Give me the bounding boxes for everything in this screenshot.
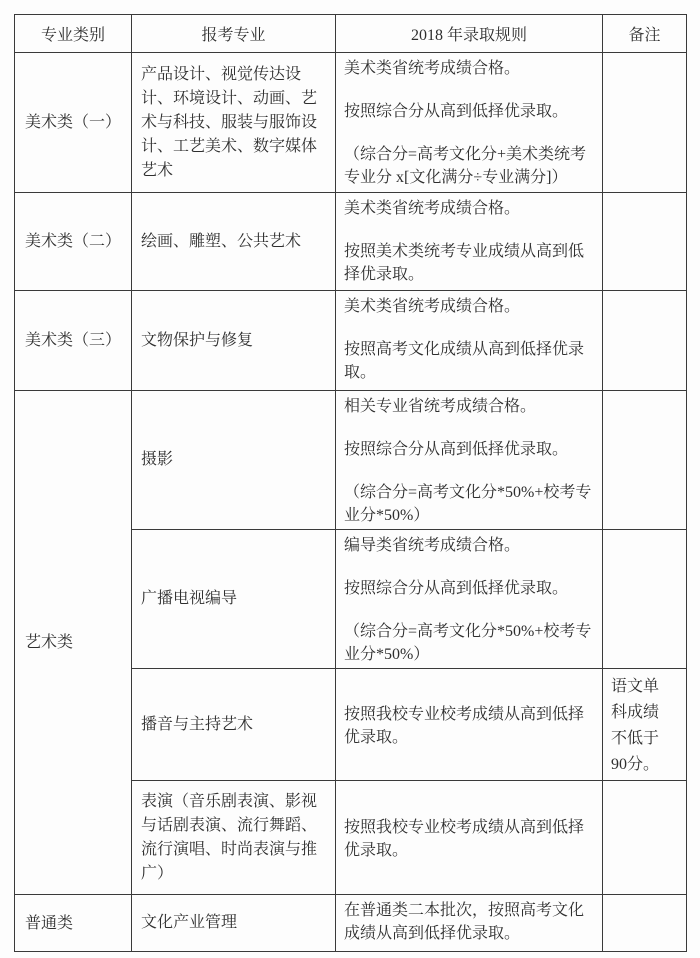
major-cell: 摄影 [132,391,336,530]
rule-paragraph: （综合分=高考文化分*50%+校考专业分*50%） [344,481,597,527]
rules-cell: 编导类省统考成绩合格。 按照综合分从高到低择优录取。 （综合分=高考文化分*50… [336,530,603,669]
rule-paragraph: 按照我校专业校考成绩从高到低择优录取。 [344,816,597,862]
table-row-fine-arts-3: 美术类（三） 文物保护与修复 美术类省统考成绩合格。 按照高考文化成绩从高到低择… [15,291,687,391]
note-cell-empty [603,530,687,669]
rule-paragraph: 按照综合分从高到低择优录取。 [344,100,597,123]
note-cell-empty [603,391,687,530]
note-cell-empty [603,895,687,952]
column-header-major: 报考专业 [132,15,336,53]
rule-paragraph: 在普通类二本批次，按照高考文化成绩从高到低择优录取。 [344,899,597,945]
rules-cell: 美术类省统考成绩合格。 按照高考文化成绩从高到低择优录取。 [336,291,603,391]
category-cell: 普通类 [15,895,132,952]
rule-paragraph: 编导类省统考成绩合格。 [344,534,597,557]
note-cell-empty [603,291,687,391]
category-cell-arts-span: 艺术类 [15,391,132,895]
column-header-note: 备注 [603,15,687,53]
rule-paragraph: 美术类省统考成绩合格。 [344,295,597,318]
major-cell: 绘画、雕塑、公共艺术 [132,193,336,291]
table-row-photography: 艺术类 摄影 相关专业省统考成绩合格。 按照综合分从高到低择优录取。 （综合分=… [15,391,687,530]
major-cell: 广播电视编导 [132,530,336,669]
category-cell: 美术类（二） [15,193,132,291]
note-cell-empty [603,53,687,193]
table-row-fine-arts-1: 美术类（一） 产品设计、视觉传达设计、环境设计、动画、艺术与科技、服装与服饰设计… [15,53,687,193]
note-cell-chinese-score: 语文单科成绩不低于90分。 [603,669,687,781]
major-cell: 文化产业管理 [132,895,336,952]
major-cell: 文物保护与修复 [132,291,336,391]
rules-cell: 按照我校专业校考成绩从高到低择优录取。 [336,669,603,781]
table-row-general: 普通类 文化产业管理 在普通类二本批次，按照高考文化成绩从高到低择优录取。 [15,895,687,952]
rule-paragraph: 美术类省统考成绩合格。 [344,197,597,220]
rules-cell: 在普通类二本批次，按照高考文化成绩从高到低择优录取。 [336,895,603,952]
rule-paragraph: 相关专业省统考成绩合格。 [344,395,597,418]
admission-rules-table: 专业类别 报考专业 2018 年录取规则 备注 美术类（一） 产品设计、视觉传达… [14,14,687,952]
rule-paragraph: 按照综合分从高到低择优录取。 [344,438,597,461]
major-cell: 表演（音乐剧表演、影视与话剧表演、流行舞蹈、流行演唱、时尚表演与推广） [132,781,336,895]
rule-paragraph: （综合分=高考文化分+美术类统考专业分 x[文化满分÷专业满分]） [344,143,597,189]
note-cell-empty [603,781,687,895]
column-header-rules: 2018 年录取规则 [336,15,603,53]
rules-cell: 按照我校专业校考成绩从高到低择优录取。 [336,781,603,895]
admission-rules-document: 专业类别 报考专业 2018 年录取规则 备注 美术类（一） 产品设计、视觉传达… [0,0,700,958]
rules-cell: 美术类省统考成绩合格。 按照综合分从高到低择优录取。 （综合分=高考文化分+美术… [336,53,603,193]
rule-paragraph: 按照美术类统考专业成绩从高到低择优录取。 [344,240,597,286]
major-cell: 播音与主持艺术 [132,669,336,781]
rule-paragraph: 按照高考文化成绩从高到低择优录取。 [344,338,597,384]
category-cell: 美术类（三） [15,291,132,391]
rule-paragraph: 按照综合分从高到低择优录取。 [344,577,597,600]
rules-cell: 相关专业省统考成绩合格。 按照综合分从高到低择优录取。 （综合分=高考文化分*5… [336,391,603,530]
rule-paragraph: 美术类省统考成绩合格。 [344,57,597,80]
table-header-row: 专业类别 报考专业 2018 年录取规则 备注 [15,15,687,53]
table-row-fine-arts-2: 美术类（二） 绘画、雕塑、公共艺术 美术类省统考成绩合格。 按照美术类统考专业成… [15,193,687,291]
rule-paragraph: 按照我校专业校考成绩从高到低择优录取。 [344,703,597,749]
rules-cell: 美术类省统考成绩合格。 按照美术类统考专业成绩从高到低择优录取。 [336,193,603,291]
note-cell-empty [603,193,687,291]
major-cell: 产品设计、视觉传达设计、环境设计、动画、艺术与科技、服装与服饰设计、工艺美术、数… [132,53,336,193]
rule-paragraph: （综合分=高考文化分*50%+校考专业分*50%） [344,620,597,666]
category-cell: 美术类（一） [15,53,132,193]
column-header-category: 专业类别 [15,15,132,53]
